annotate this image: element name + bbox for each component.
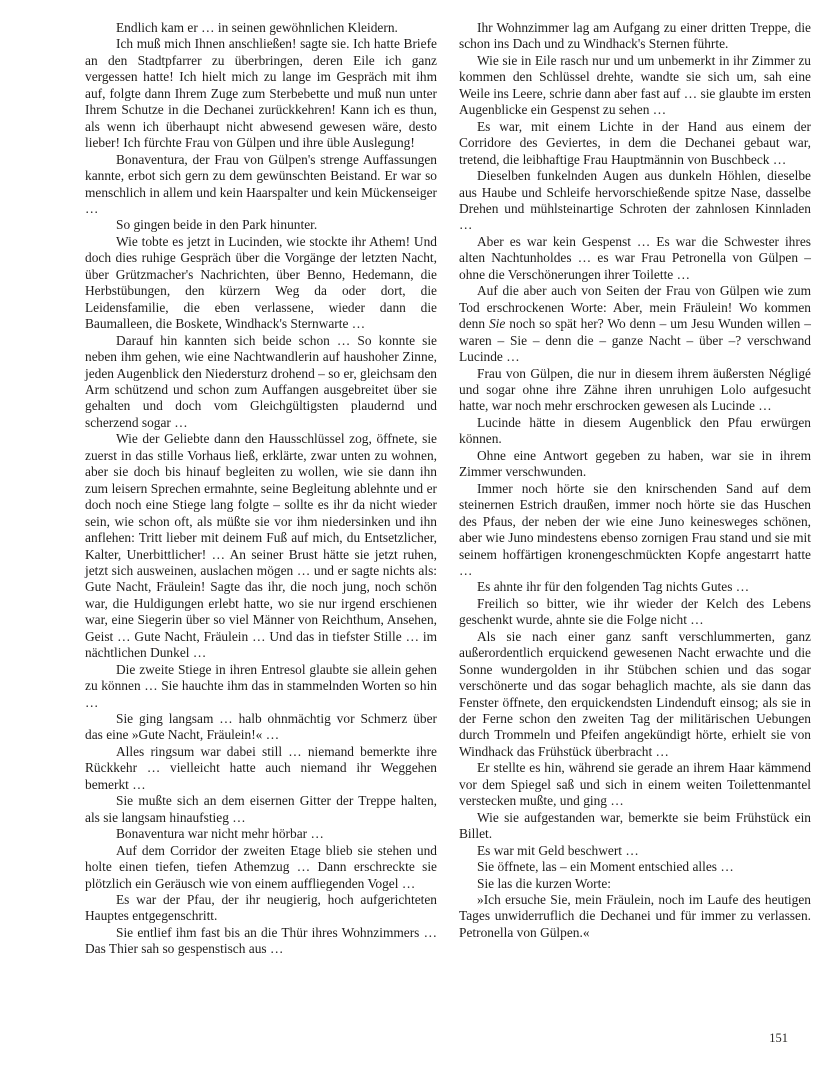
- paragraph: Ihr Wohnzimmer lag am Aufgang zu einer d…: [459, 20, 811, 53]
- paragraph: Wie sie in Eile rasch nur und um unbemer…: [459, 53, 811, 119]
- paragraph: Es war der Pfau, der ihr neugierig, hoch…: [85, 892, 437, 925]
- paragraph: Es war, mit einem Lichte in der Hand aus…: [459, 119, 811, 168]
- emphasized-word: Sie: [489, 316, 505, 331]
- paragraph: Die zweite Stiege in ihren Entresol glau…: [85, 662, 437, 711]
- book-page: Endlich kam er … in seinen gewöhnlichen …: [0, 0, 819, 1065]
- paragraph: Es war mit Geld beschwert …: [459, 843, 811, 859]
- paragraph: Endlich kam er … in seinen gewöhnlichen …: [85, 20, 437, 36]
- paragraph: Ohne eine Antwort gegeben zu haben, war …: [459, 448, 811, 481]
- paragraph: Wie tobte es jetzt in Lucinden, wie stoc…: [85, 234, 437, 333]
- right-column: Ihr Wohnzimmer lag am Aufgang zu einer d…: [459, 20, 811, 958]
- paragraph: Wie sie aufgestanden war, bemerkte sie b…: [459, 810, 811, 843]
- paragraph: Immer noch hörte sie den knirschenden Sa…: [459, 481, 811, 580]
- paragraph: Auf dem Corridor der zweiten Etage blieb…: [85, 843, 437, 892]
- paragraph: Als sie nach einer ganz sanft verschlumm…: [459, 629, 811, 761]
- paragraph: »Ich ersuche Sie, mein Fräulein, noch im…: [459, 892, 811, 941]
- left-column: Endlich kam er … in seinen gewöhnlichen …: [85, 20, 437, 958]
- paragraph: Bonaventura war nicht mehr hörbar …: [85, 826, 437, 842]
- paragraph: Alles ringsum war dabei still … niemand …: [85, 744, 437, 793]
- text-block: Endlich kam er … in seinen gewöhnlichen …: [85, 20, 812, 958]
- paragraph: Ich muß mich Ihnen anschließen! sagte si…: [85, 36, 437, 151]
- paragraph: Freilich so bitter, wie ihr wieder der K…: [459, 596, 811, 629]
- paragraph: Sie entlief ihm fast bis an die Thür ihr…: [85, 925, 437, 958]
- paragraph: So gingen beide in den Park hinunter.: [85, 217, 437, 233]
- paragraph: Dieselben funkelnden Augen aus dunkeln H…: [459, 168, 811, 234]
- paragraph: Aber es war kein Gespenst … Es war die S…: [459, 234, 811, 283]
- paragraph: Sie mußte sich an dem eisernen Gitter de…: [85, 793, 437, 826]
- paragraph: Wie der Geliebte dann den Hausschlüssel …: [85, 431, 437, 661]
- paragraph: Es ahnte ihr für den folgenden Tag nicht…: [459, 579, 811, 595]
- paragraph: Frau von Gülpen, die nur in diesem ihrem…: [459, 366, 811, 415]
- paragraph: Auf die aber auch von Seiten der Frau vo…: [459, 283, 811, 365]
- paragraph: Er stellte es hin, während sie gerade an…: [459, 760, 811, 809]
- paragraph: Sie ging langsam … halb ohnmächtig vor S…: [85, 711, 437, 744]
- paragraph: Sie las die kurzen Worte:: [459, 876, 811, 892]
- paragraph: Bonaventura, der Frau von Gülpen's stren…: [85, 152, 437, 218]
- page-number: 151: [769, 1031, 788, 1045]
- paragraph: Lucinde hätte in diesem Augenblick den P…: [459, 415, 811, 448]
- paragraph: Darauf hin kannten sich beide schon … So…: [85, 333, 437, 432]
- paragraph: Sie öffnete, las – ein Moment entschied …: [459, 859, 811, 875]
